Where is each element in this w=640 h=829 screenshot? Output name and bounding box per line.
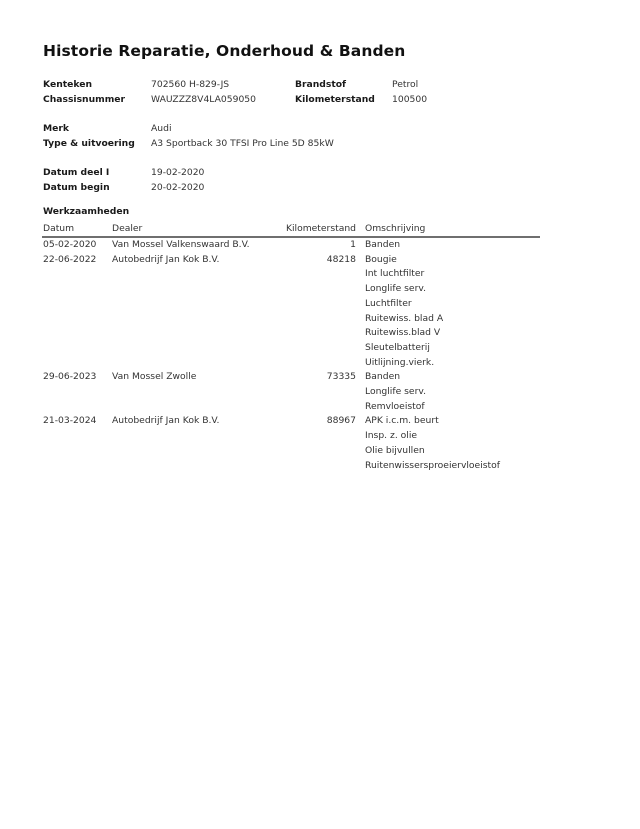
brandstof-value: Petrol xyxy=(392,79,418,90)
entry-omschrijving: Olie bijvullen xyxy=(365,445,425,456)
entry-omschrijving: Luchtfilter xyxy=(365,298,412,309)
entry-omschrijving: Longlife serv. xyxy=(365,283,426,294)
kilometerstand-label: Kilometerstand xyxy=(295,94,375,105)
entry-omschrijving: Remvloeistof xyxy=(365,401,425,412)
kenteken-label: Kenteken xyxy=(43,79,92,90)
type-value: A3 Sportback 30 TFSI Pro Line 5D 85kW xyxy=(151,138,334,149)
column-header-dealer: Dealer xyxy=(112,223,142,234)
datum-deel-value: 19-02-2020 xyxy=(151,167,204,178)
entry-omschrijving: Banden xyxy=(365,239,400,250)
chassis-value: WAUZZZ8V4LA059050 xyxy=(151,94,256,105)
table-header-divider xyxy=(42,236,540,238)
column-header-datum: Datum xyxy=(43,223,74,234)
entry-datum: 05-02-2020 xyxy=(43,239,96,250)
entry-dealer: Van Mossel Valkenswaard B.V. xyxy=(112,239,250,250)
datum-deel-label: Datum deel I xyxy=(43,167,109,178)
column-header-kilometerstand: Kilometerstand xyxy=(276,223,356,234)
entry-dealer: Autobedrijf Jan Kok B.V. xyxy=(112,254,219,265)
document-title: Historie Reparatie, Onderhoud & Banden xyxy=(43,42,405,60)
entry-datum: 29-06-2023 xyxy=(43,371,96,382)
entry-dealer: Van Mossel Zwolle xyxy=(112,371,196,382)
kenteken-value: 702560 H-829-JS xyxy=(151,79,229,90)
entry-omschrijving: APK i.c.m. beurt xyxy=(365,415,439,426)
entry-omschrijving: Sleutelbatterij xyxy=(365,342,430,353)
brandstof-label: Brandstof xyxy=(295,79,346,90)
datum-begin-value: 20-02-2020 xyxy=(151,182,204,193)
entry-omschrijving: Banden xyxy=(365,371,400,382)
entry-kilometerstand: 48218 xyxy=(276,254,356,265)
chassis-label: Chassisnummer xyxy=(43,94,125,105)
entry-omschrijving: Int luchtfilter xyxy=(365,268,424,279)
entry-kilometerstand: 1 xyxy=(276,239,356,250)
entry-dealer: Autobedrijf Jan Kok B.V. xyxy=(112,415,219,426)
column-header-omschrijving: Omschrijving xyxy=(365,223,425,234)
entry-omschrijving: Ruitewiss.blad V xyxy=(365,327,440,338)
kilometerstand-value: 100500 xyxy=(392,94,427,105)
type-label: Type & uitvoering xyxy=(43,138,135,149)
merk-value: Audi xyxy=(151,123,172,134)
datum-begin-label: Datum begin xyxy=(43,182,110,193)
werkzaamheden-heading: Werkzaamheden xyxy=(43,206,129,217)
entry-datum: 21-03-2024 xyxy=(43,415,96,426)
entry-omschrijving: Uitlijning.vierk. xyxy=(365,357,434,368)
merk-label: Merk xyxy=(43,123,69,134)
entry-omschrijving: Longlife serv. xyxy=(365,386,426,397)
entry-kilometerstand: 88967 xyxy=(276,415,356,426)
entry-omschrijving: Insp. z. olie xyxy=(365,430,417,441)
entry-omschrijving: Ruitenwissersproeiervloeistof xyxy=(365,460,500,471)
entry-datum: 22-06-2022 xyxy=(43,254,96,265)
entry-kilometerstand: 73335 xyxy=(276,371,356,382)
entry-omschrijving: Ruitewiss. blad A xyxy=(365,313,443,324)
entry-omschrijving: Bougie xyxy=(365,254,397,265)
